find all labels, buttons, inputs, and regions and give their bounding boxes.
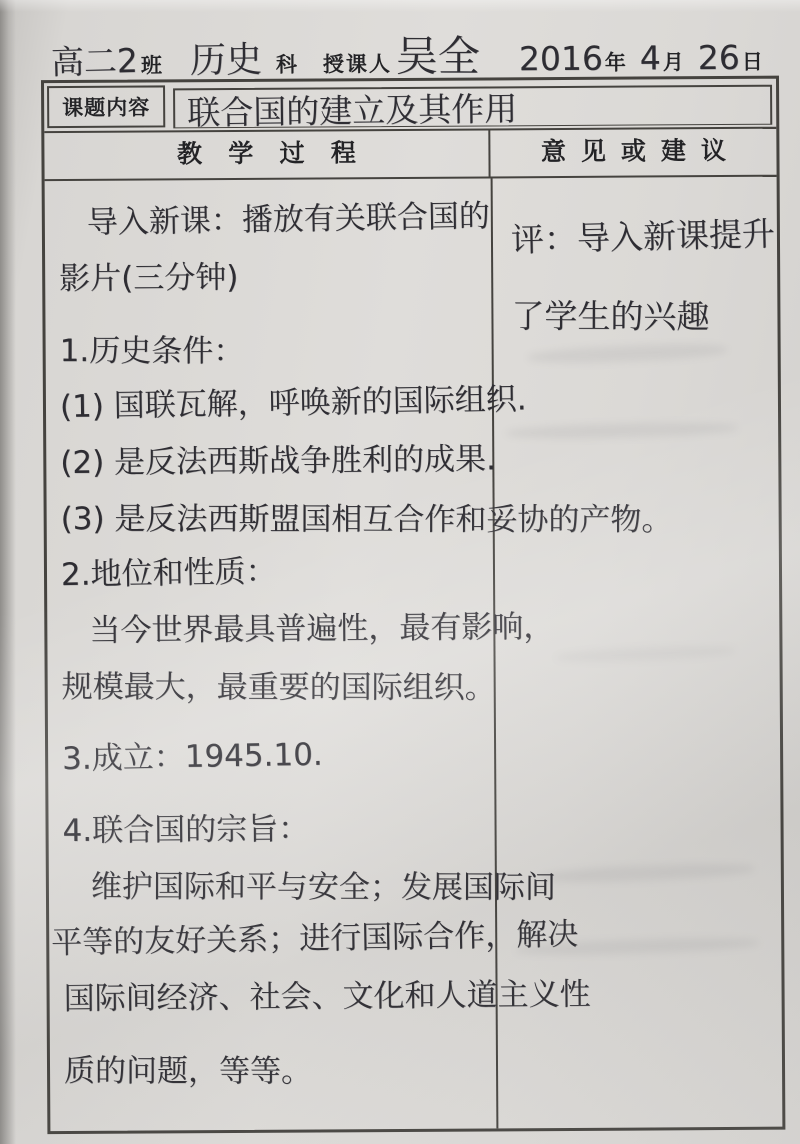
subject-value: 历史 [189, 32, 262, 84]
suggestion-column-header: 意见或建议 [490, 129, 776, 177]
handwritten-line: 评：导入新课提升 [510, 196, 778, 278]
date-year-label: 年 [605, 47, 626, 77]
handwritten-line: 4.联合国的宗旨： [62, 799, 494, 859]
ink-bleed-through [541, 861, 755, 885]
ink-bleed-through [555, 644, 735, 664]
handwritten-line: 质的问题，等等。 [64, 1043, 496, 1100]
subject-label: 科 [276, 49, 297, 79]
date-month-label: 月 [663, 46, 684, 76]
process-column-header: 教学过程 [44, 130, 490, 179]
class-value: 高二2 [50, 35, 138, 84]
date-month-value: 4 [640, 38, 661, 77]
date-day-value: 26 [698, 38, 740, 77]
handwritten-line: 影片(三分钟) [59, 247, 491, 307]
date-day-label: 日 [742, 46, 763, 76]
process-cell: 导入新课：播放有关联合国的影片(三分钟)1.历史条件：(1) 国联瓦解，呼唤新的… [45, 178, 497, 1131]
handwritten-line: 平等的友好关系；进行国际合作，解决 [51, 908, 496, 971]
teacher-value: 吴全 [396, 24, 480, 84]
date: 2016 年 4 月 26 日 [519, 38, 763, 78]
handwritten-line: 导入新课：播放有关联合国的 [86, 188, 491, 251]
handwritten-line: (1) 国联瓦解，呼唤新的国际组织. [60, 372, 493, 435]
teacher-label: 授课人 [323, 48, 392, 78]
table-body: 导入新课：播放有关联合国的影片(三分钟)1.历史条件：(1) 国联瓦解，呼唤新的… [45, 177, 783, 1131]
handwritten-line: 3.成立：1945.10. [62, 724, 495, 787]
lesson-plan-table: 课题内容 联合国的建立及其作用 教学过程 意见或建议 导入新课：播放有关联合国的… [41, 76, 785, 1134]
handwritten-line: 2.地位和性质： [61, 540, 494, 603]
suggestion-lines: 评：导入新课提升了学生的兴趣 [493, 201, 778, 355]
form-header: 高二2 班 历史 科 授课人 吴全 2016 年 4 月 26 日 [51, 22, 763, 78]
notebook-page: 高二2 班 历史 科 授课人 吴全 2016 年 4 月 26 日 课题内容 联… [0, 0, 800, 1144]
topic-label-cell: 课题内容 [47, 85, 165, 128]
handwritten-line: 当今世界最具普遍性，最有影响， [89, 599, 493, 659]
topic-value-cell: 联合国的建立及其作用 [173, 85, 772, 129]
handwritten-line: 规模最大，最重要的国际组织。 [62, 659, 494, 716]
handwritten-line: 国际间经济、社会、文化和人道主义性 [63, 967, 495, 1027]
column-header-row: 教学过程 意见或建议 [44, 129, 776, 181]
lesson-plan-photo: 高二2 班 历史 科 授课人 吴全 2016 年 4 月 26 日 课题内容 联… [0, 0, 800, 1144]
ink-bleed-through [506, 421, 738, 440]
handwritten-line: 维护国际和平与安全；发展国际间 [91, 859, 495, 916]
handwritten-line: (2) 是反法西斯战争胜利的成果. [60, 431, 492, 491]
handwritten-line: 1.历史条件： [60, 323, 492, 380]
handwritten-line: (3) 是反法西斯盟国相互合作和妥协的产物。 [61, 491, 493, 548]
topic-value: 联合国的建立及其作用 [175, 89, 517, 133]
date-year-value: 2016 [519, 39, 603, 79]
topic-row: 课题内容 联合国的建立及其作用 [44, 79, 776, 133]
class-label: 班 [141, 49, 162, 79]
handwritten-line: 了学生的兴趣 [511, 278, 777, 355]
